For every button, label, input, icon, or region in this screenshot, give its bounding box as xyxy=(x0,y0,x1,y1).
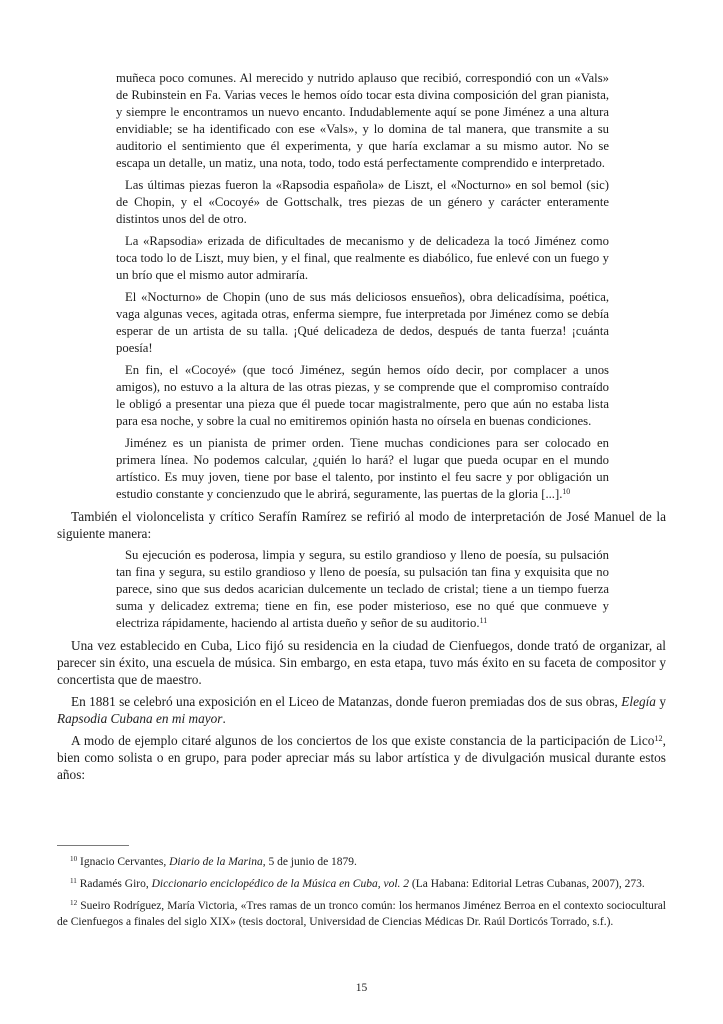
footnote: 10 Ignacio Cervantes, Diario de la Marin… xyxy=(57,854,666,870)
block-quote-paragraph: Su ejecución es poderosa, limpia y segur… xyxy=(57,547,666,632)
footnotes-list: 10 Ignacio Cervantes, Diario de la Marin… xyxy=(57,854,666,930)
block-quote-paragraph: En fin, el «Cocoyé» (que tocó Jiménez, s… xyxy=(57,362,666,430)
italic-text: Elegía xyxy=(621,694,656,709)
footnote-marker: 10 xyxy=(70,855,77,863)
footnote-ref: 12 xyxy=(654,734,662,743)
block-quote-paragraph: La «Rapsodia» erizada de dificultades de… xyxy=(57,233,666,284)
footnote-separator xyxy=(57,845,129,846)
block-quote-paragraph: Jiménez es un pianista de primer orden. … xyxy=(57,435,666,503)
footnote-marker: 12 xyxy=(70,899,77,907)
footnote-marker: 11 xyxy=(70,877,77,885)
body-paragraph: A modo de ejemplo citaré algunos de los … xyxy=(57,732,666,783)
footnote-ref: 11 xyxy=(480,616,488,625)
page-content: muñeca poco comunes. Al merecido y nutri… xyxy=(57,70,666,788)
footnotes-section: 10 Ignacio Cervantes, Diario de la Marin… xyxy=(57,845,666,936)
footnote: 12 Sueiro Rodríguez, María Victoria, «Tr… xyxy=(57,898,666,930)
page-number: 15 xyxy=(0,982,723,994)
body-paragraph: En 1881 se celebró una exposición en el … xyxy=(57,693,666,727)
document-page: muñeca poco comunes. Al merecido y nutri… xyxy=(0,0,723,1024)
block-quote-paragraph: Las últimas piezas fueron la «Rapsodia e… xyxy=(57,177,666,228)
body-paragraph: Una vez establecido en Cuba, Lico fijó s… xyxy=(57,637,666,688)
block-quote-paragraph: El «Nocturno» de Chopin (uno de sus más … xyxy=(57,289,666,357)
italic-text: Diario de la Marina xyxy=(169,856,263,868)
italic-text: Diccionario enciclopédico de la Música e… xyxy=(152,878,409,890)
footnote-ref: 10 xyxy=(562,487,570,496)
footnote: 11 Radamés Giro, Diccionario enciclopédi… xyxy=(57,876,666,892)
italic-text: Rapsodia Cubana en mi mayor xyxy=(57,711,222,726)
body-paragraph: También el violoncelista y crítico Seraf… xyxy=(57,508,666,542)
block-quote-paragraph: muñeca poco comunes. Al merecido y nutri… xyxy=(57,70,666,172)
